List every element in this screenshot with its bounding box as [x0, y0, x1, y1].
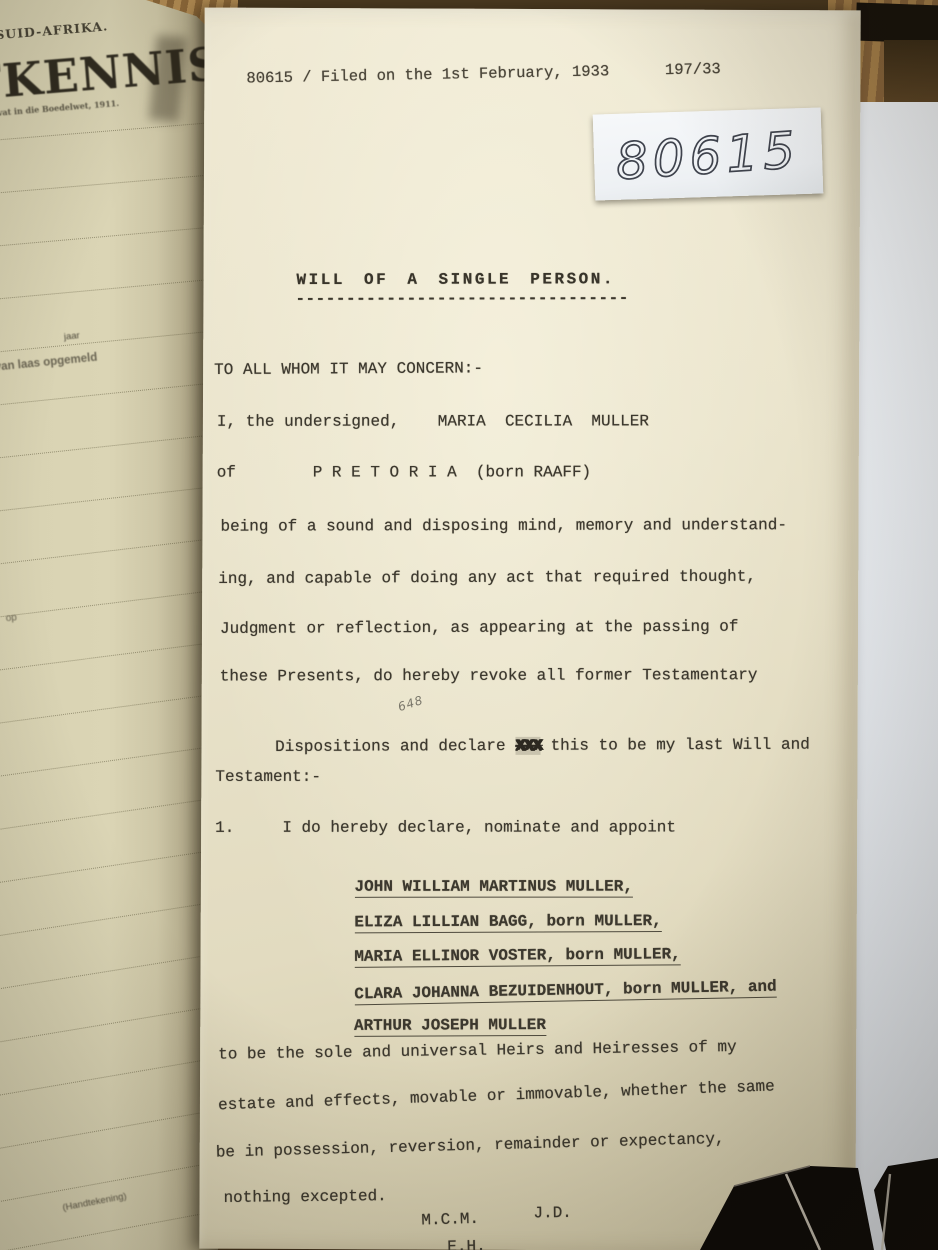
slip-number: 80615: [614, 121, 802, 191]
case-number-slip: 80615: [593, 107, 824, 200]
closing-line: estate and effects, movable or immovable…: [218, 1077, 775, 1114]
desk-shadow: [884, 40, 938, 110]
closing-line: nothing excepted.: [223, 1187, 386, 1207]
body-line: Judgment or reflection, as appearing at …: [220, 618, 739, 638]
undersigned-line: I, the undersigned, MARIA CECILIA MULLER: [217, 412, 649, 430]
body-line: being of a sound and disposing mind, mem…: [220, 516, 787, 535]
ledger-fragment-jaar: jaar: [63, 330, 80, 342]
body-line: these Presents, do hereby revoke all for…: [220, 666, 758, 685]
ledger-signature-caption: (Handtekening): [62, 1191, 128, 1214]
revocation-text-after: this to be my last Will and: [541, 736, 810, 755]
ruled-line: [0, 640, 231, 673]
revocation-line: Dispositions and declare XXX this to be …: [217, 718, 810, 775]
title-underline: ---------------------------------: [295, 289, 628, 308]
heir-name: ELIZA LILLIAN BAGG, born MULLER,: [297, 894, 662, 932]
pencil-annotation: 648: [396, 693, 425, 714]
initials-bottom: E.H.: [447, 1237, 486, 1250]
ruled-line: [0, 795, 235, 832]
closing-line: be in possession, reversion, remainder o…: [216, 1130, 725, 1162]
heir-name: MARIA ELLINOR VOSTER, born MULLER,: [296, 927, 680, 966]
ruled-line: [0, 588, 230, 619]
archive-photo: N SUID-AFRIKA. FKENNIS. vervat in die Bo…: [0, 0, 938, 1250]
salutation-line: TO ALL WHOM IT MAY CONCERN:-: [214, 359, 483, 379]
ruled-line: [0, 743, 234, 778]
ruled-line: [0, 174, 219, 196]
ledger-page: N SUID-AFRIKA. FKENNIS. vervat in die Bo…: [0, 0, 218, 1250]
slip-handwriting: 80615: [593, 107, 824, 200]
white-backing-sheet: [846, 102, 938, 1250]
heir-name: ARTHUR JOSEPH MULLER: [296, 998, 546, 1035]
ruled-line: [0, 433, 226, 461]
strikethrough-text: XXX: [515, 737, 541, 755]
ruled-line: [0, 536, 229, 566]
binder-clips: [690, 1128, 938, 1250]
will-title: WILL OF A SINGLE PERSON.: [297, 270, 615, 289]
ruled-line: [0, 226, 221, 249]
ruled-line: [0, 278, 222, 302]
body-line: ing, and capable of doing any act that r…: [218, 568, 756, 588]
ledger-fragment-text: van laas opgemeld: [0, 352, 98, 374]
ruled-line: [0, 485, 227, 514]
ruled-line: [0, 381, 225, 407]
initials-left: M.C.M.: [421, 1210, 479, 1230]
ruled-line: [0, 122, 218, 143]
clause-line: 1. I do hereby declare, nominate and app…: [215, 818, 676, 836]
ruled-line: [0, 691, 233, 725]
residence-line: of P R E T O R I A (born RAAFF): [217, 463, 591, 481]
desk-dark-object: [855, 3, 938, 44]
ledger-country-line: N SUID-AFRIKA.: [0, 18, 109, 43]
testament-line: Testament:-: [215, 768, 321, 786]
heir-name: JOHN WILLIAM MARTINUS MULLER,: [297, 860, 633, 896]
revocation-text-before: Dispositions and declare: [275, 737, 515, 756]
initials-right: J.D.: [533, 1204, 572, 1223]
ruled-line: [0, 330, 223, 355]
filing-line: 80615 / Filed on the 1st February, 1933 …: [246, 60, 721, 88]
closing-line: to be the sole and universal Heirs and H…: [218, 1038, 737, 1064]
